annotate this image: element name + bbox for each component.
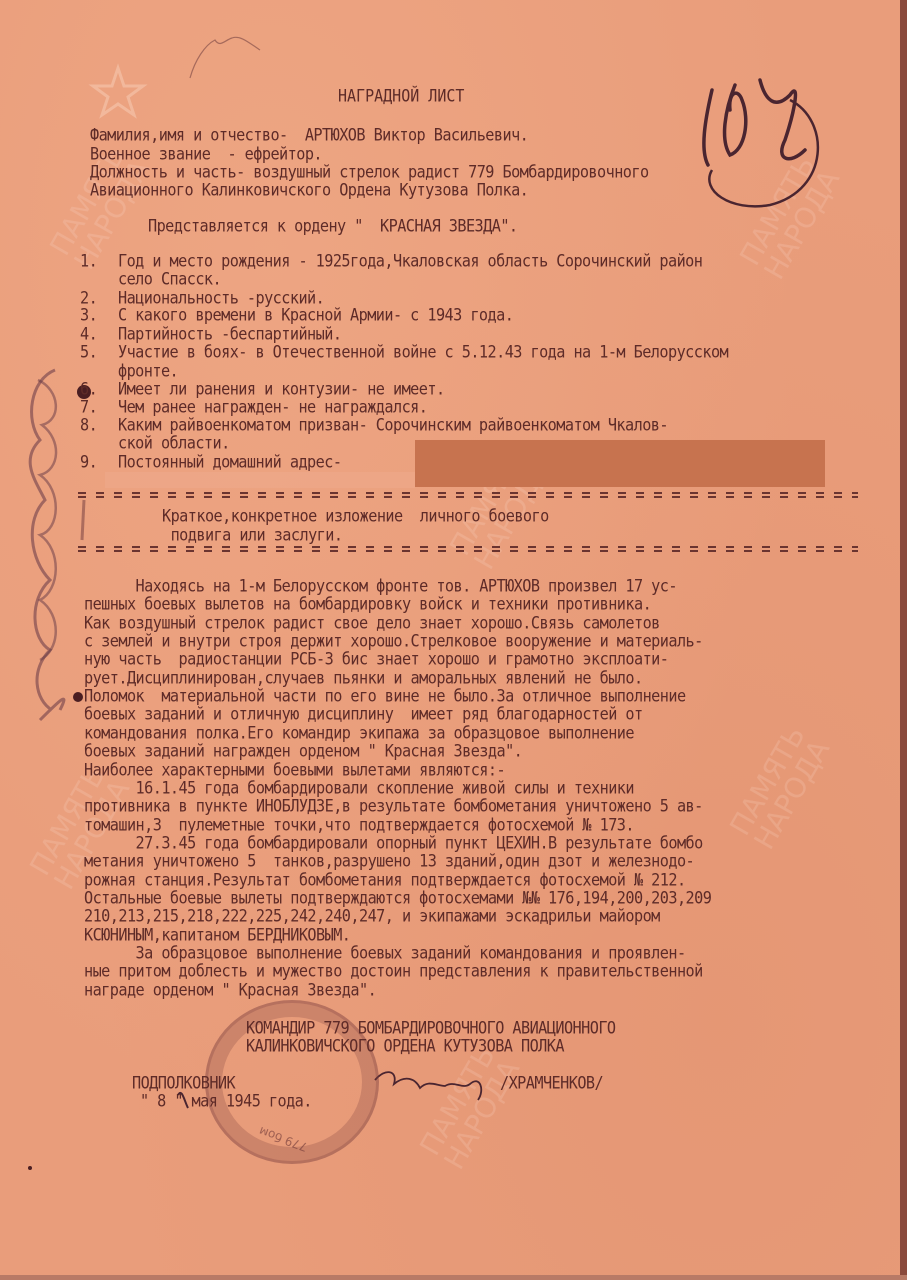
item-text: С какого времени в Красной Армии- с 1943…: [118, 307, 513, 324]
body-line: награде орденом " Красная Звезда".: [84, 982, 376, 999]
redacted-address: [415, 440, 825, 487]
item-number: 3.: [80, 307, 97, 324]
section-heading-line-2: подвига или заслуги.: [162, 527, 342, 544]
item-text: Партийность -беспартийный.: [118, 326, 341, 343]
position-field-cont: Авиационного Калинковичского Ордена Куту…: [90, 182, 528, 199]
item-number: 7.: [80, 399, 97, 416]
body-line: КСЮНИНЫМ,капитаном БЕРДНИКОВЫМ.: [84, 927, 350, 944]
body-line: Остальные боевые вылеты подтверждаются ф…: [84, 890, 711, 907]
body-line: Находясь на 1-м Белорусском фронте тов. …: [84, 578, 677, 595]
separator: [78, 492, 858, 498]
body-line: Поломок материальной части по его вине н…: [84, 688, 686, 705]
item-text: Чем ранее награжден- не награждался.: [118, 399, 427, 416]
item-text: село Спасск.: [118, 271, 221, 288]
separator: [78, 546, 858, 552]
star-icon: [93, 68, 143, 115]
commander-title-line-1: КОМАНДИР 779 БОМБАРДИРОВОЧНОГО АВИАЦИОНН…: [246, 1020, 616, 1037]
body-line: противника в пункте ИНОБЛУДЗЕ,в результа…: [84, 798, 703, 815]
body-line: метания уничтожено 5 танков,разрушено 13…: [84, 853, 694, 870]
item-number: 1.: [80, 253, 97, 270]
item-text: Год и место рождения - 1925года,Чкаловск…: [118, 253, 702, 270]
body-line: ную часть радиостанции РСБ-3 бис знает х…: [84, 651, 668, 668]
position-field: Должность и часть- воздушный стрелок рад…: [90, 164, 649, 181]
body-line: с землей и внутри строя держит хорошо.Ст…: [84, 633, 703, 650]
item-text: Участие в боях- в Отечественной войне с …: [118, 344, 728, 361]
commander-title-line-2: КАЛИНКОВИЧСКОГО ОРДЕНА КУТУЗОВА ПОЛКА: [246, 1038, 564, 1055]
body-line: боевых заданий награжден орденом " Красн…: [84, 743, 522, 760]
body-line: 27.3.45 года бомбардировали опорный пунк…: [84, 835, 703, 852]
item-number: 5.: [80, 344, 97, 361]
commander-name: /ХРАМЧЕНКОВ/: [500, 1075, 603, 1092]
rank-field: Военное звание - ефрейтор.: [90, 146, 322, 163]
name-field: Фамилия,имя и отчество- АРТЮХОВ Виктор В…: [90, 127, 528, 144]
item-number: 9.: [80, 454, 97, 471]
body-line: командования полка.Его командир экипажа …: [84, 725, 634, 742]
body-line: ные притом доблесть и мужество достоин п…: [84, 963, 703, 980]
body-line: Как воздушный стрелок радист свое дело з…: [84, 615, 660, 632]
item-text: ской области.: [118, 435, 230, 452]
item-text: Постоянный домашний адрес-: [118, 454, 341, 471]
body-line: рует.Дисциплинирован,случаев пьянки и ам…: [84, 670, 643, 687]
item-text: Каким райвоенкоматом призван- Сорочински…: [118, 417, 668, 434]
commander-rank: ПОДПОЛКОВНИК: [132, 1075, 235, 1092]
item-number: 6.: [80, 381, 97, 398]
body-line: рожная станция.Результат бомбометания по…: [84, 872, 686, 889]
nomination-line: Представляется к ордену " КРАСНАЯ ЗВЕЗДА…: [148, 218, 518, 235]
item-text: фронте.: [118, 363, 178, 380]
body-line: 210,213,215,218,222,225,242,240,247, и э…: [84, 908, 660, 925]
body-line: боевых заданий и отличную дисциплину име…: [84, 706, 643, 723]
item-number: 4.: [80, 326, 97, 343]
body-line: томашин,3 пулеметные точки,что подтвержд…: [84, 817, 634, 834]
section-heading-line-1: Краткое,конкретное изложение личного бое…: [162, 508, 549, 525]
document-title: НАГРАДНОЙ ЛИСТ: [338, 88, 464, 105]
item-number: 8.: [80, 417, 97, 434]
redacted-address-overflow: [105, 472, 415, 488]
body-line: За образцовое выполнение боевых заданий …: [84, 945, 686, 962]
item-text: Имеет ли ранения и контузии- не имеет.: [118, 381, 445, 398]
body-line: пешных боевых вылетов на бомбардировку в…: [84, 596, 651, 613]
document-date: " 8 " мая 1945 года.: [140, 1093, 312, 1110]
body-line: 16.1.45 года бомбардировали скопление жи…: [84, 780, 634, 797]
body-line: Наиболее характерными боевыми вылетами я…: [84, 762, 505, 779]
